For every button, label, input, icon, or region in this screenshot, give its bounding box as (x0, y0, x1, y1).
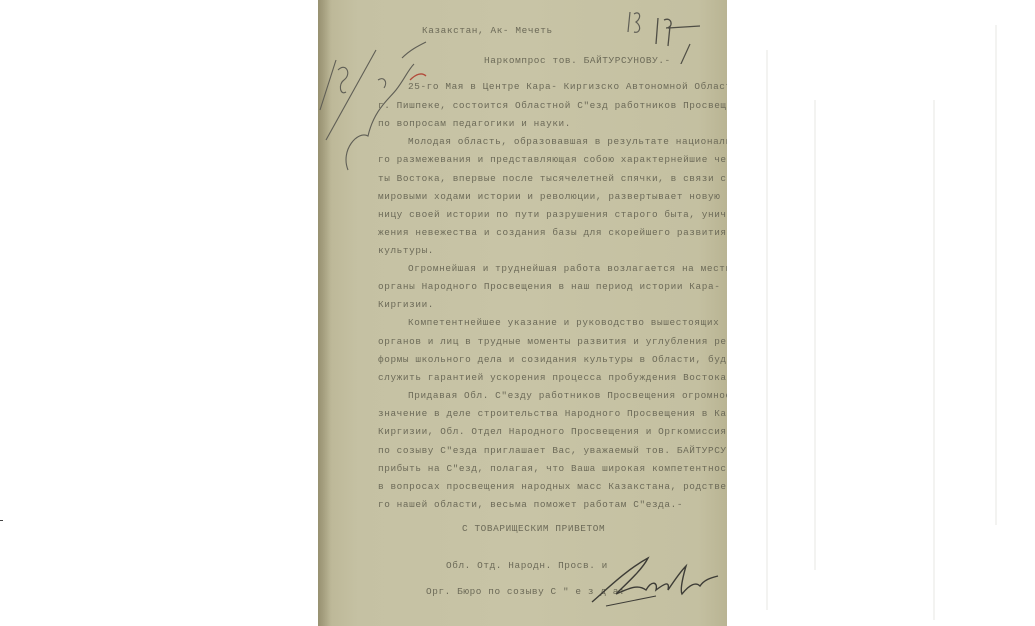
body-line: мировыми ходами истории и революции, раз… (378, 192, 727, 201)
body-line: органы Народного Просвещения в наш перио… (378, 282, 720, 291)
body-line: го нашей области, весьма поможет работам… (378, 500, 683, 509)
body-line: Придавая Обл. С"езду работников Просвеще… (408, 391, 727, 400)
body-line: Киргизии, Обл. Отдел Народного Просвещен… (378, 427, 727, 436)
handwritten-page-number-icon (618, 4, 718, 64)
body-line: Огромнейшая и труднейшая работа возлагае… (408, 264, 727, 273)
signature-line-1: Обл. Отд. Народн. Просв. и (446, 561, 608, 570)
background-artifact-line (814, 100, 816, 570)
body-line: Компетентнейшее указание и руководство в… (408, 318, 719, 327)
body-line: ты Востока, впервые после тысячелетней с… (378, 174, 727, 183)
body-line: жения невежества и создания базы для ско… (378, 228, 727, 237)
body-line: Киргизии. (378, 300, 434, 309)
body-line: культуры. (378, 246, 434, 255)
signature-icon (586, 550, 726, 610)
background-artifact-line (766, 50, 768, 610)
background-artifact-line (933, 100, 935, 620)
body-line: органов и лиц в трудные моменты развития… (378, 337, 727, 346)
handwritten-margin-note-icon (318, 40, 428, 180)
body-line: прибыть на С"езд, полагая, что Ваша широ… (378, 464, 727, 473)
body-line: значение в деле строительства Народного … (378, 409, 727, 418)
body-line: служить гарантией ускорения процесса про… (378, 373, 727, 382)
closing-greeting: С ТОВАРИЩЕСКИМ ПРИВЕТОМ (462, 524, 605, 533)
body-line: го размежевания и представляющая собою х… (378, 155, 727, 164)
header-place: Казакстан, Ак- Мечеть (422, 26, 553, 35)
body-line: формы школьного дела и созидания культур… (378, 355, 727, 364)
document-page: Казакстан, Ак- Мечеть Наркомпрос тов. БА… (318, 0, 727, 626)
body-line: г. Пишпеке, состоится Областной С"езд ра… (378, 101, 727, 110)
body-line: 25-го Мая в Центре Кара- Киргизско Автон… (408, 82, 727, 91)
stray-mark (0, 520, 3, 521)
body-line: ницу своей истории по пути разрушения ст… (378, 210, 727, 219)
background-artifact-line (995, 25, 997, 525)
body-line: Молодая область, образовавшая в результа… (408, 137, 727, 146)
body-line: в вопросах просвещения народных масс Каз… (378, 482, 727, 491)
body-line: по созыву С"езда приглашает Вас, уважаем… (378, 446, 727, 455)
